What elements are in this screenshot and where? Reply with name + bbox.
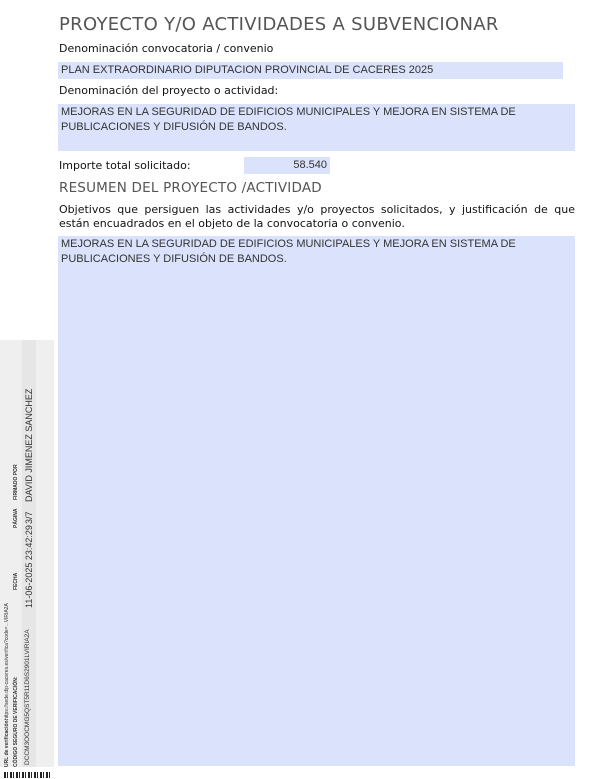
convocatoria-field[interactable]: PLAN EXTRAORDINARIO DIPUTACION PROVINCIA… bbox=[58, 62, 563, 79]
fecha-value: 11-06-2025 23:42:29 bbox=[24, 525, 34, 608]
section-title: PROYECTO Y/O ACTIVIDADES A SUBVENCIONAR bbox=[59, 14, 499, 35]
importe-label: Importe total solicitado: bbox=[59, 159, 191, 172]
pagina-label: PÁGINA bbox=[13, 509, 19, 528]
barcode-icon bbox=[4, 772, 50, 778]
csv-label: CÓDIGO SEGURO DE VERIFICACIÓN: bbox=[13, 676, 19, 767]
firmado-label: FIRMADO POR bbox=[13, 464, 19, 500]
convocatoria-label: Denominación convocatoria / convenio bbox=[59, 42, 273, 55]
resumen-field[interactable]: MEJORAS EN LA SEGURIDAD DE EDIFICIOS MUN… bbox=[58, 236, 575, 766]
firmado-value: DAVID JIMENEZ SANCHEZ bbox=[24, 389, 34, 502]
verification-url-label: URL de verificación: bbox=[4, 719, 10, 767]
pagina-value: 3/7 bbox=[24, 511, 34, 524]
resumen-description: Objetivos que persiguen las actividades … bbox=[59, 203, 575, 231]
csv-value: DCCM3OOCMG5QST5R11D6S2901LVIRIA2A bbox=[24, 629, 31, 765]
resumen-title: RESUMEN DEL PROYECTO /ACTIVIDAD bbox=[59, 180, 322, 196]
fecha-label: FECHA bbox=[13, 573, 19, 590]
proyecto-field[interactable]: MEJORAS EN LA SEGURIDAD DE EDIFICIOS MUN… bbox=[58, 104, 575, 151]
verification-url[interactable]: https://sede.dip-caceres.es/verifica?cod… bbox=[4, 603, 10, 720]
importe-field[interactable]: 58.540 bbox=[244, 157, 330, 174]
proyecto-label: Denominación del proyecto o actividad: bbox=[59, 84, 278, 97]
